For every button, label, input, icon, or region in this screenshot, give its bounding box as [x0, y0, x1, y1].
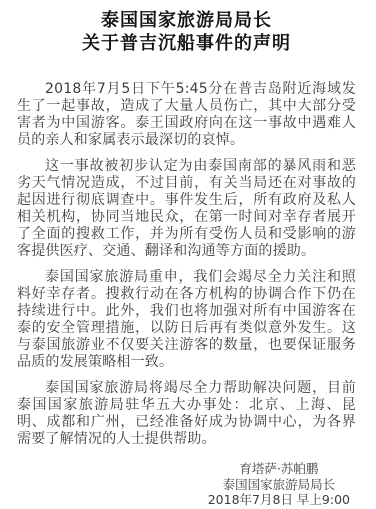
signature-area: 育塔萨·苏帕鹏 泰国国家旅游局局长 2018年7月8日 早上9:00 [17, 461, 356, 508]
document-title: 泰国国家旅游局局长 关于普吉沉船事件的声明 [17, 9, 356, 55]
signatory-name: 育塔萨·苏帕鹏 [208, 461, 350, 477]
paragraph-cause-rescue: 这一事故被初步认定为由泰国南部的暴风雨和恶劣天气情况造成，不过目前，有关当局还在… [17, 158, 356, 260]
paragraph-incident: 2018年7月5日下午5:45分在普吉岛附近海域发生了一起事故，造成了大量人员伤… [17, 81, 356, 149]
title-line-1: 泰国国家旅游局局长 [17, 9, 356, 32]
paragraph-offices: 泰国国家旅游局将竭尽全力帮助解决问题，目前泰国国家旅游局驻华五大办事处：北京、上… [17, 380, 356, 448]
signature-datetime: 2018年7月8日 早上9:00 [208, 492, 350, 508]
paragraph-commitment: 泰国国家旅游局重申，我们会竭尽全力关注和照料好幸存者。搜救行动在各方机构的协调合… [17, 269, 356, 371]
signature-block: 育塔萨·苏帕鹏 泰国国家旅游局局长 2018年7月8日 早上9:00 [208, 461, 350, 508]
statement-document: 泰国国家旅游局局长 关于普吉沉船事件的声明 2018年7月5日下午5:45分在普… [0, 0, 376, 509]
signatory-title: 泰国国家旅游局局长 [208, 477, 350, 493]
title-line-2: 关于普吉沉船事件的声明 [17, 32, 356, 55]
